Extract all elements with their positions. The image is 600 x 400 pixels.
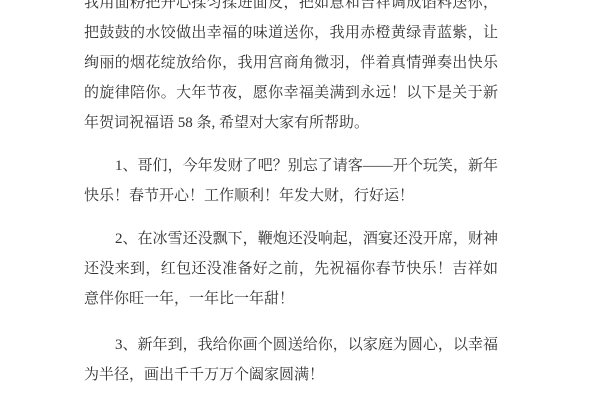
paragraph-item-3: 3、新年到，我给你画个圆送给你，以家庭为圆心，以幸福 为半径，画出千千万万个阖家…	[84, 330, 498, 390]
clipped-top-line: 我用面粉把开心揉匀揉进面皮，把如意和吉祥调成馅料送你，	[84, 0, 498, 18]
text-line: 年贺词祝福语 58 条, 希望对大家有所帮助。	[84, 108, 498, 138]
text-line: 意伴你旺一年，一年比一年甜！	[84, 284, 498, 314]
text-line: 快乐！春节开心！工作顺利！年发大财，行好运！	[84, 181, 498, 211]
text-column: 我用面粉把开心揉匀揉进面皮，把如意和吉祥调成馅料送你， 把鼓鼓的水饺做出幸福的味…	[84, 0, 498, 390]
paragraph-item-2: 2、在冰雪还没飘下，鞭炮还没响起，酒宴还没开席，财神 还没来到，红包还没准备好之…	[84, 224, 498, 314]
text-line: 1、哥们，今年发财了吧？别忘了请客——开个玩笑，新年	[84, 151, 498, 181]
text-line: 2、在冰雪还没飘下，鞭炮还没响起，酒宴还没开席，财神	[84, 224, 498, 254]
text-line: 为半径，画出千千万万个阖家圆满！	[84, 360, 498, 390]
text-line: 把鼓鼓的水饺做出幸福的味道送你，我用赤橙黄绿青蓝紫，让	[84, 18, 498, 48]
paragraph-item-1: 1、哥们，今年发财了吧？别忘了请客——开个玩笑，新年 快乐！春节开心！工作顺利！…	[84, 151, 498, 211]
text-line: 我用面粉把开心揉匀揉进面皮，把如意和吉祥调成馅料送你，	[84, 0, 498, 18]
text-line: 3、新年到，我给你画个圆送给你，以家庭为圆心，以幸福	[84, 330, 498, 360]
text-line: 还没来到，红包还没准备好之前，先祝福你春节快乐！吉祥如	[84, 254, 498, 284]
text-line: 的旋律陪你。大年节夜，愿你幸福美满到永远！以下是关于新	[84, 78, 498, 108]
document-page: 我用面粉把开心揉匀揉进面皮，把如意和吉祥调成馅料送你， 把鼓鼓的水饺做出幸福的味…	[0, 0, 600, 400]
paragraph-intro: 把鼓鼓的水饺做出幸福的味道送你，我用赤橙黄绿青蓝紫，让 绚丽的烟花绽放给你，我用…	[84, 18, 498, 138]
text-line: 绚丽的烟花绽放给你，我用宫商角微羽，伴着真情弹奏出快乐	[84, 48, 498, 78]
